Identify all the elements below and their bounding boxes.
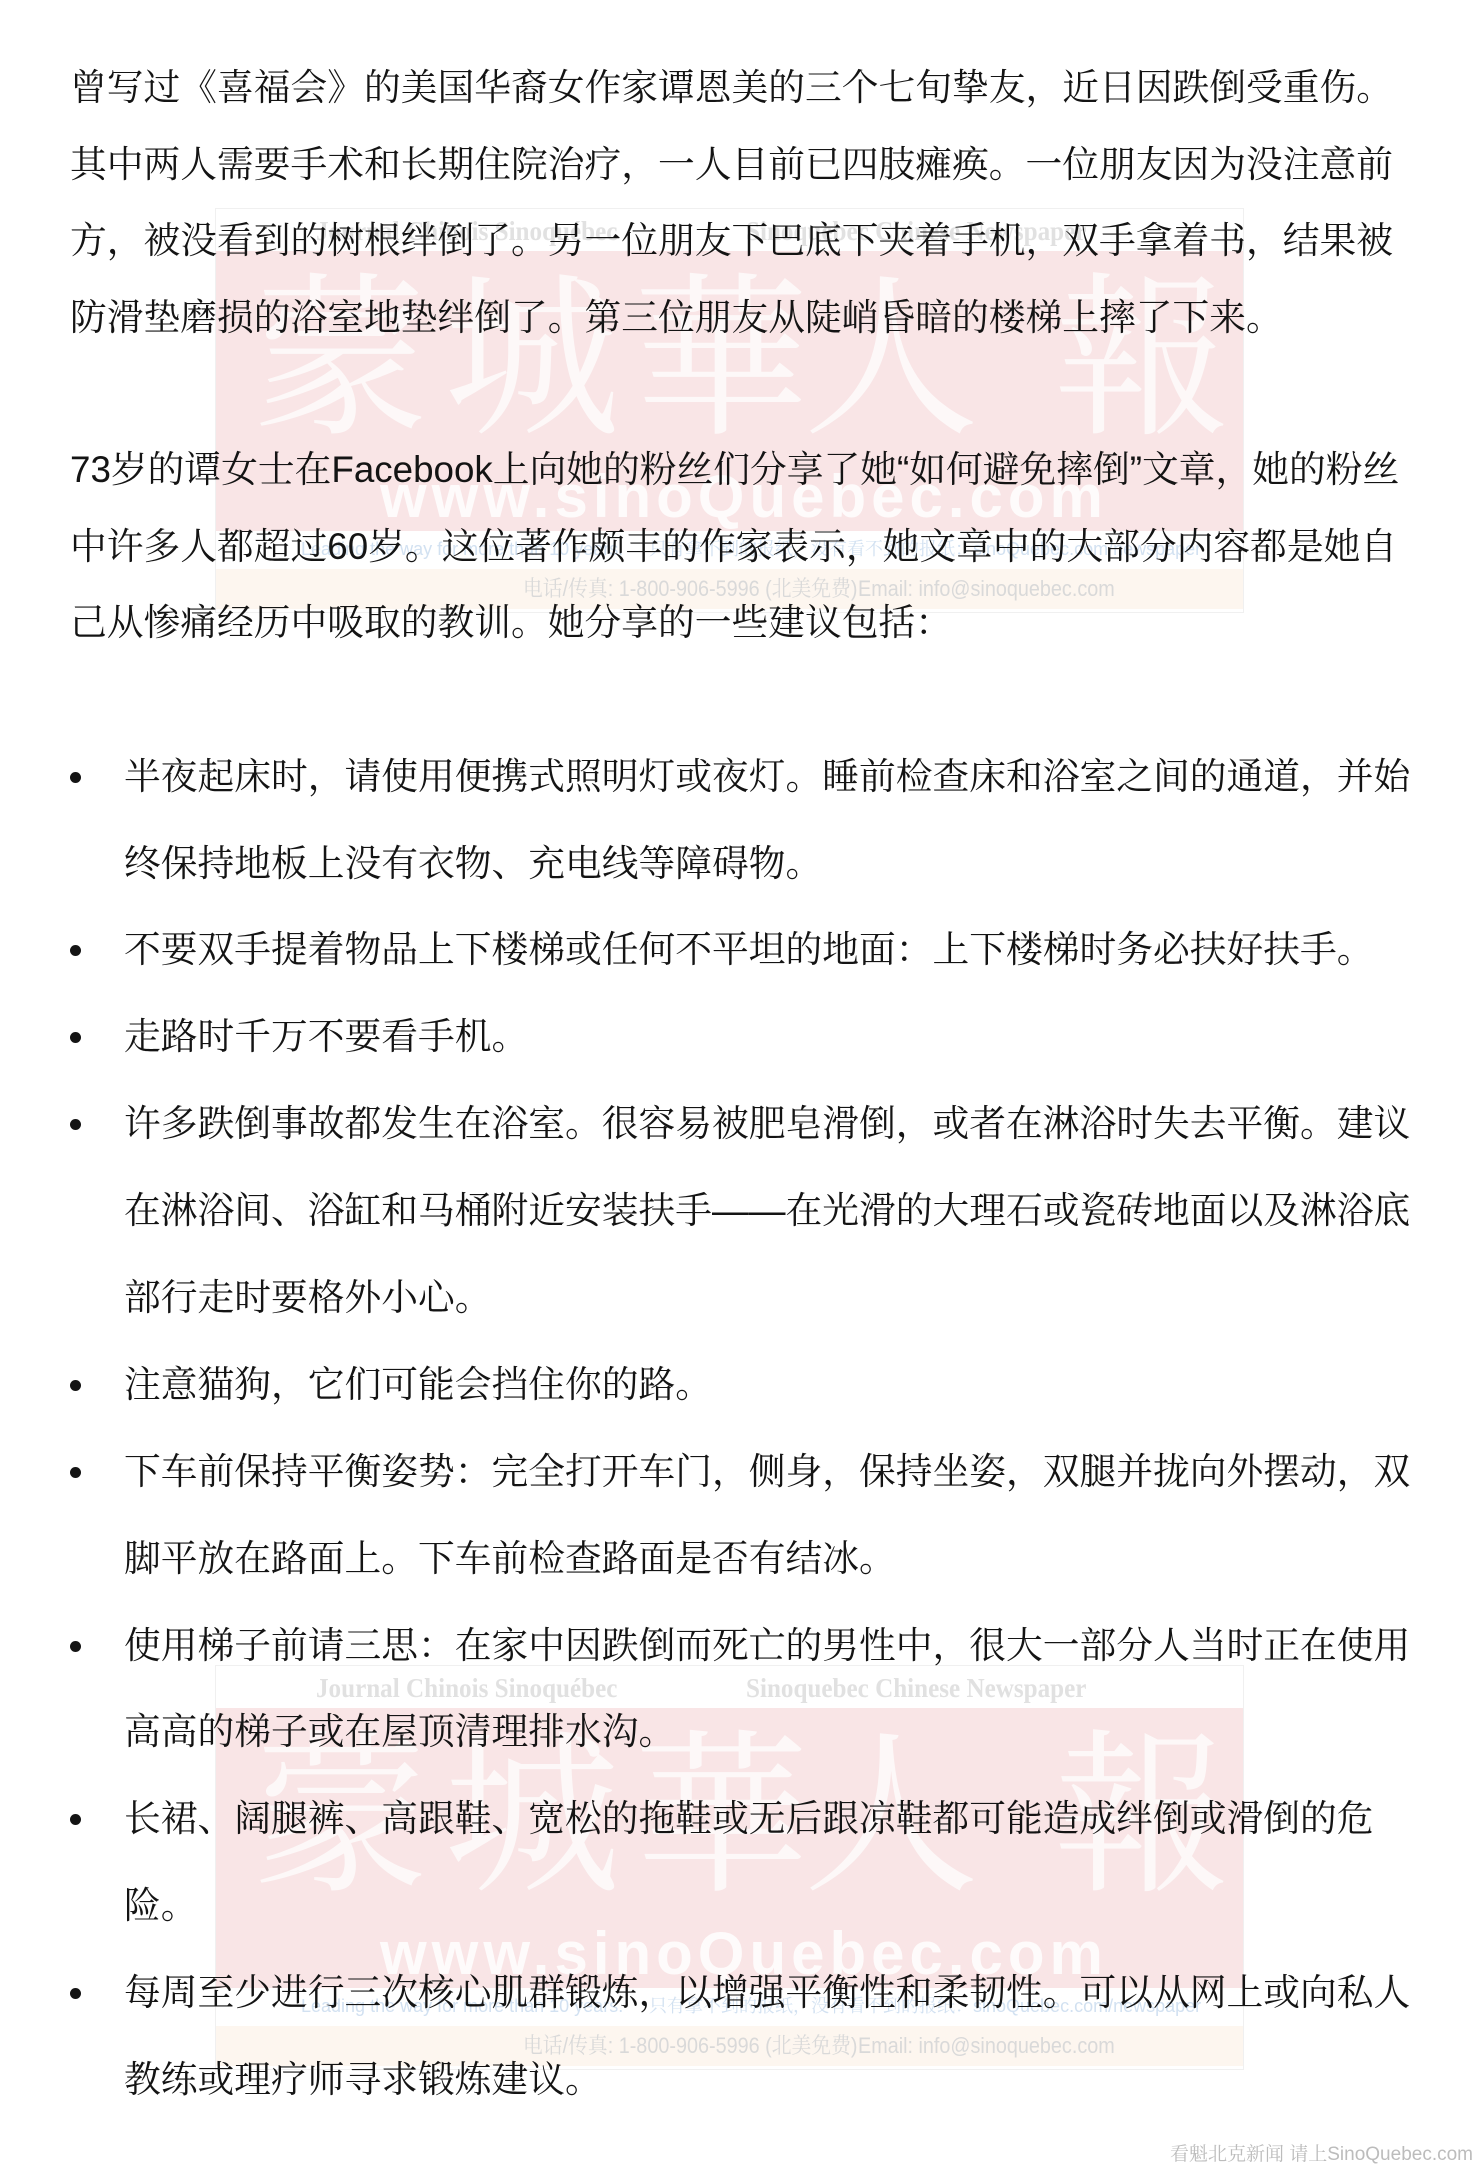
tip-line: 在淋浴间、浴缸和马桶附近安装扶手——在光滑的大理石或瓷砖地面以及淋浴底 xyxy=(124,1168,1450,1255)
tip-item: 走路时千万不要看手机。 xyxy=(70,994,1450,1081)
tip-item: 许多跌倒事故都发生在浴室。很容易被肥皂滑倒，或者在淋浴时失去平衡。建议 在淋浴间… xyxy=(70,1081,1450,1342)
tip-line: 高高的梯子或在屋顶清理排水沟。 xyxy=(124,1689,1450,1776)
tips-list: 半夜起床时，请使用便携式照明灯或夜灯。睡前检查床和浴室之间的通道，并始 终保持地… xyxy=(70,734,1450,2124)
tip-line: 险。 xyxy=(124,1863,1450,1950)
paragraph-line: 防滑垫磨损的浴室地垫绊倒了。第三位朋友从陡峭昏暗的楼梯上摔了下来。 xyxy=(70,280,1450,357)
tip-item: 下车前保持平衡姿势：完全打开车门，侧身，保持坐姿，双腿并拢向外摆动，双 脚平放在… xyxy=(70,1429,1450,1603)
tip-line: 终保持地板上没有衣物、充电线等障碍物。 xyxy=(124,821,1450,908)
tip-line: 脚平放在路面上。下车前检查路面是否有结冰。 xyxy=(124,1516,1450,1603)
tip-item: 每周至少进行三次核心肌群锻炼，以增强平衡性和柔韧性。可以从网上或向私人 教练或理… xyxy=(70,1950,1450,2124)
tip-line: 每周至少进行三次核心肌群锻炼，以增强平衡性和柔韧性。可以从网上或向私人 xyxy=(124,1950,1450,2037)
paragraph-line: 73岁的谭女士在Facebook上向她的粉丝们分享了她“如何避免摔倒”文章，她的… xyxy=(70,432,1450,509)
tip-item: 长裙、阔腿裤、高跟鞋、宽松的拖鞋或无后跟凉鞋都可能造成绊倒或滑倒的危 险。 xyxy=(70,1776,1450,1950)
bullet-icon xyxy=(70,772,81,783)
bullet-icon xyxy=(70,1119,81,1130)
bullet-icon xyxy=(70,1380,81,1391)
bullet-icon xyxy=(70,1641,81,1652)
bullet-icon xyxy=(70,1988,81,1999)
intro-paragraph: 曾写过《喜福会》的美国华裔女作家谭恩美的三个七旬挚友，近日因跌倒受重伤。 其中两… xyxy=(70,50,1450,357)
tip-item: 不要双手提着物品上下楼梯或任何不平坦的地面：上下楼梯时务必扶好扶手。 xyxy=(70,907,1450,994)
bullet-icon xyxy=(70,1032,81,1043)
tip-line: 注意猫狗，它们可能会挡住你的路。 xyxy=(124,1342,1450,1429)
article-body: 曾写过《喜福会》的美国华裔女作家谭恩美的三个七旬挚友，近日因跌倒受重伤。 其中两… xyxy=(70,50,1450,2124)
tip-line: 许多跌倒事故都发生在浴室。很容易被肥皂滑倒，或者在淋浴时失去平衡。建议 xyxy=(124,1081,1450,1168)
tip-item: 半夜起床时，请使用便携式照明灯或夜灯。睡前检查床和浴室之间的通道，并始 终保持地… xyxy=(70,734,1450,908)
tip-line: 下车前保持平衡姿势：完全打开车门，侧身，保持坐姿，双腿并拢向外摆动，双 xyxy=(124,1429,1450,1516)
paragraph-line: 中许多人都超过60岁。这位著作颇丰的作家表示，她文章中的大部分内容都是她自 xyxy=(70,509,1450,586)
paragraph-line: 方，被没看到的树根绊倒了。另一位朋友下巴底下夹着手机，双手拿着书，结果被 xyxy=(70,203,1450,280)
paragraph-line: 己从惨痛经历中吸取的教训。她分享的一些建议包括： xyxy=(70,585,1450,662)
tip-line: 不要双手提着物品上下楼梯或任何不平坦的地面：上下楼梯时务必扶好扶手。 xyxy=(124,907,1450,994)
source-caption: 看魁北克新闻 请上SinoQuebec.com xyxy=(1170,2143,1473,2167)
paragraph-line: 其中两人需要手术和长期住院治疗，一人目前已四肢瘫痪。一位朋友因为没注意前 xyxy=(70,127,1450,204)
tip-line: 部行走时要格外小心。 xyxy=(124,1255,1450,1342)
tip-line: 半夜起床时，请使用便携式照明灯或夜灯。睡前检查床和浴室之间的通道，并始 xyxy=(124,734,1450,821)
context-paragraph: 73岁的谭女士在Facebook上向她的粉丝们分享了她“如何避免摔倒”文章，她的… xyxy=(70,432,1450,662)
tip-item: 使用梯子前请三思：在家中因跌倒而死亡的男性中，很大一部分人当时正在使用 高高的梯… xyxy=(70,1603,1450,1777)
tip-item: 注意猫狗，它们可能会挡住你的路。 xyxy=(70,1342,1450,1429)
bullet-icon xyxy=(70,1814,81,1825)
tip-line: 走路时千万不要看手机。 xyxy=(124,994,1450,1081)
bullet-icon xyxy=(70,1467,81,1478)
paragraph-line: 曾写过《喜福会》的美国华裔女作家谭恩美的三个七旬挚友，近日因跌倒受重伤。 xyxy=(70,50,1450,127)
tip-line: 长裙、阔腿裤、高跟鞋、宽松的拖鞋或无后跟凉鞋都可能造成绊倒或滑倒的危 xyxy=(124,1776,1450,1863)
tip-line: 使用梯子前请三思：在家中因跌倒而死亡的男性中，很大一部分人当时正在使用 xyxy=(124,1603,1450,1690)
tip-line: 教练或理疗师寻求锻炼建议。 xyxy=(124,2037,1450,2124)
bullet-icon xyxy=(70,945,81,956)
